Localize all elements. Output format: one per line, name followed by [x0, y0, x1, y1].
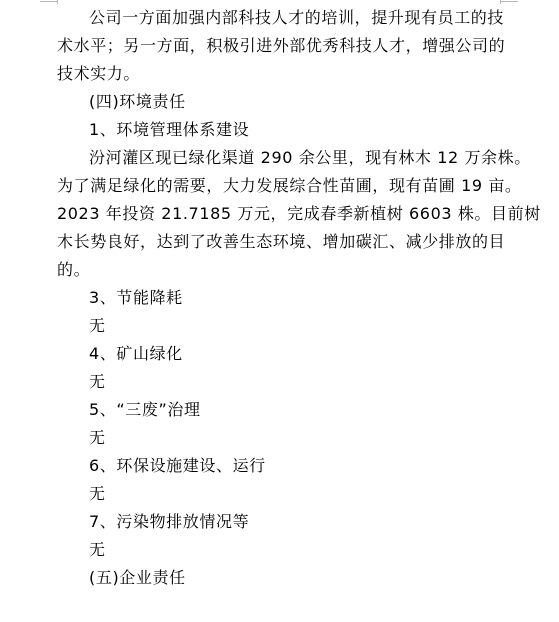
body-text: 无	[57, 536, 491, 564]
section-heading-enterprise: (五)企业责任	[57, 564, 491, 592]
text-line: 公司一方面加强内部科技人才的培训，提升现有员工的技	[57, 4, 491, 32]
document-page[interactable]: 公司一方面加强内部科技人才的培训，提升现有员工的技 术水平；另一方面，积极引进外…	[0, 0, 559, 622]
margin-corner-mark-right	[500, 1, 518, 2]
section-heading-environment: (四)环境责任	[57, 88, 491, 116]
body-text: 无	[57, 480, 491, 508]
body-text: 无	[57, 312, 491, 340]
item-heading-three-wastes: 5、“三废”治理	[57, 396, 491, 424]
heading-text: 3、节能降耗	[57, 284, 491, 312]
body-text: 无	[57, 368, 491, 396]
paragraph-greening: 汾河灌区现已绿化渠道 290 余公里，现有林木 12 万余株。 为了满足绿化的需…	[57, 144, 491, 284]
text-line: 术水平；另一方面，积极引进外部优秀科技人才，增强公司的	[57, 32, 491, 60]
document-body[interactable]: 公司一方面加强内部科技人才的培训，提升现有员工的技 术水平；另一方面，积极引进外…	[57, 4, 491, 592]
text-line: 2023 年投资 21.7185 万元，完成春季新植树 6603 株。目前树	[57, 200, 491, 228]
heading-text: 5、“三废”治理	[57, 396, 491, 424]
text-line: 的。	[57, 256, 491, 284]
item-body-env-facilities: 无	[57, 480, 491, 508]
text-line: 为了满足绿化的需要，大力发展综合性苗圃，现有苗圃 19 亩。	[57, 172, 491, 200]
heading-text: (五)企业责任	[57, 564, 491, 592]
item-body-pollutant-discharge: 无	[57, 536, 491, 564]
text-line: 技术实力。	[57, 60, 491, 88]
text-line: 汾河灌区现已绿化渠道 290 余公里，现有林木 12 万余株。	[57, 144, 491, 172]
item-body-three-wastes: 无	[57, 424, 491, 452]
item-heading-ems: 1、环境管理体系建设	[57, 116, 491, 144]
heading-text: 1、环境管理体系建设	[57, 116, 491, 144]
heading-text: 7、污染物排放情况等	[57, 508, 491, 536]
item-body-energy-saving: 无	[57, 312, 491, 340]
item-heading-mine-greening: 4、矿山绿化	[57, 340, 491, 368]
margin-corner-mark-left	[40, 1, 58, 2]
text-line: 木长势良好，达到了改善生态环境、增加碳汇、减少排放的目	[57, 228, 491, 256]
paragraph-tech-training: 公司一方面加强内部科技人才的培训，提升现有员工的技 术水平；另一方面，积极引进外…	[57, 4, 491, 88]
item-heading-env-facilities: 6、环保设施建设、运行	[57, 452, 491, 480]
heading-text: 4、矿山绿化	[57, 340, 491, 368]
heading-text: 6、环保设施建设、运行	[57, 452, 491, 480]
heading-text: (四)环境责任	[57, 88, 491, 116]
item-heading-pollutant-discharge: 7、污染物排放情况等	[57, 508, 491, 536]
item-body-mine-greening: 无	[57, 368, 491, 396]
item-heading-energy-saving: 3、节能降耗	[57, 284, 491, 312]
body-text: 无	[57, 424, 491, 452]
